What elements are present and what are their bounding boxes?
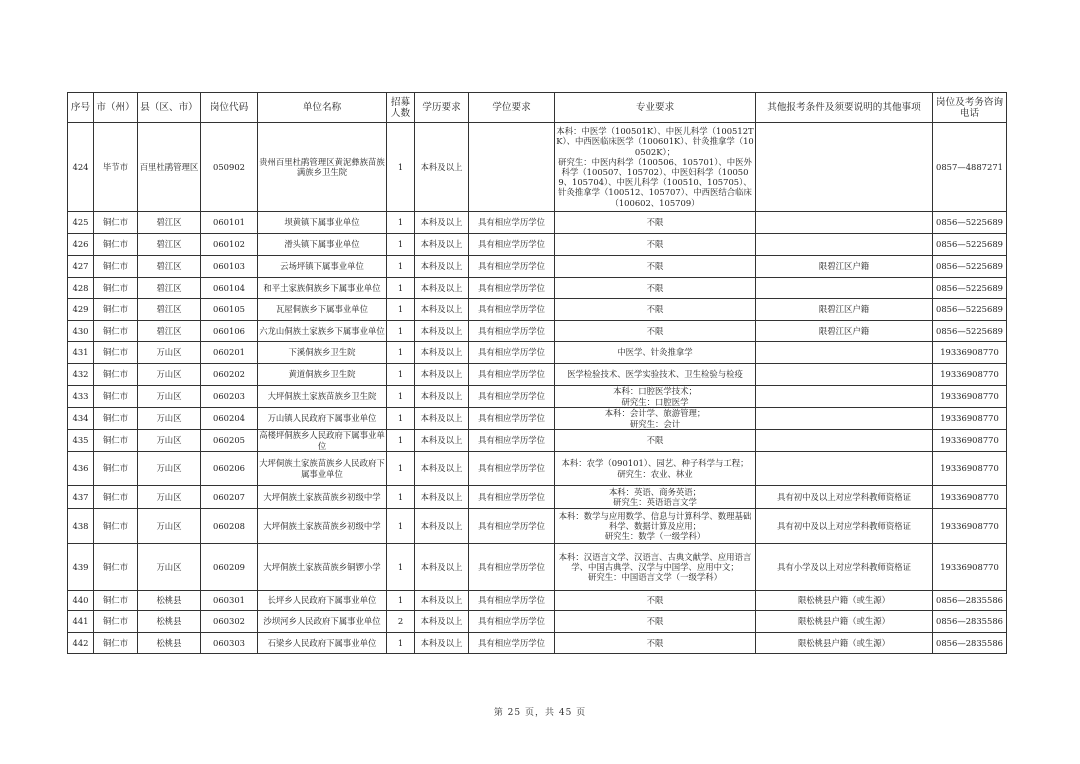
cell-other-conditions: 限松桃县户籍（或生源） [756, 591, 933, 611]
cell-education: 本科及以上 [415, 212, 469, 234]
cell-recruit-count: 1 [387, 321, 415, 342]
cell-recruit-count: 1 [387, 633, 415, 654]
cell-degree: 具有相应学历学位 [469, 452, 555, 486]
cell-county: 万山区 [138, 452, 201, 486]
table-row: 437铜仁市万山区060207大坪侗族土家族苗族乡初级中学1本科及以上具有相应学… [68, 486, 1007, 509]
cell-degree: 具有相应学历学位 [469, 342, 555, 364]
cell-degree: 具有相应学历学位 [469, 256, 555, 278]
cell-position-code: 060104 [201, 278, 258, 299]
cell-other-conditions [756, 408, 933, 430]
cell-major: 医学检验技术、医学实验技术、卫生检验与检疫 [555, 364, 756, 386]
cell-seq: 431 [68, 342, 94, 364]
cell-other-conditions: 限碧江区户籍 [756, 256, 933, 278]
cell-other-conditions [756, 386, 933, 408]
cell-unit-name: 长坪乡人民政府下属事业单位 [258, 591, 387, 611]
cell-county: 碧江区 [138, 299, 201, 321]
cell-seq: 430 [68, 321, 94, 342]
cell-county: 碧江区 [138, 321, 201, 342]
header-unit-name: 单位名称 [258, 93, 387, 123]
cell-seq: 433 [68, 386, 94, 408]
header-seq: 序号 [68, 93, 94, 123]
cell-county: 松桃县 [138, 591, 201, 611]
cell-recruit-count: 1 [387, 364, 415, 386]
cell-education: 本科及以上 [415, 486, 469, 509]
cell-position-code: 060208 [201, 509, 258, 544]
table-row: 442铜仁市松桃县060303石梁乡人民政府下属事业单位1本科及以上具有相应学历… [68, 633, 1007, 654]
cell-recruit-count: 1 [387, 544, 415, 591]
cell-unit-name: 大坪侗族土家族苗族乡卫生院 [258, 386, 387, 408]
cell-other-conditions: 限碧江区户籍 [756, 321, 933, 342]
cell-city: 铜仁市 [94, 386, 138, 408]
cell-phone: 0856—2835586 [933, 611, 1007, 633]
table-row: 426铜仁市碧江区060102滑头镇下属事业单位1本科及以上具有相应学历学位不限… [68, 234, 1007, 256]
cell-education: 本科及以上 [415, 386, 469, 408]
table-row: 438铜仁市万山区060208大坪侗族土家族苗族乡初级中学1本科及以上具有相应学… [68, 509, 1007, 544]
cell-county: 碧江区 [138, 212, 201, 234]
table-row: 434铜仁市万山区060204万山镇人民政府下属事业单位1本科及以上具有相应学历… [68, 408, 1007, 430]
cell-other-conditions [756, 452, 933, 486]
cell-city: 铜仁市 [94, 212, 138, 234]
cell-county: 万山区 [138, 342, 201, 364]
cell-county: 万山区 [138, 486, 201, 509]
cell-seq: 424 [68, 123, 94, 212]
cell-unit-name: 云场坪镇下属事业单位 [258, 256, 387, 278]
table-row: 429铜仁市碧江区060105瓦屋侗族乡下属事业单位1本科及以上具有相应学历学位… [68, 299, 1007, 321]
table-header-row: 序号 市（州） 县（区、市） 岗位代码 单位名称 招募人数 学历要求 学位要求 … [68, 93, 1007, 123]
cell-other-conditions: 限松桃县户籍（或生源） [756, 633, 933, 654]
cell-city: 铜仁市 [94, 486, 138, 509]
table-row: 435铜仁市万山区060205高楼坪侗族乡人民政府下属事业单位1本科及以上具有相… [68, 430, 1007, 452]
cell-unit-name: 下溪侗族乡卫生院 [258, 342, 387, 364]
cell-education: 本科及以上 [415, 452, 469, 486]
cell-phone: 0856—5225689 [933, 234, 1007, 256]
cell-education: 本科及以上 [415, 342, 469, 364]
cell-seq: 440 [68, 591, 94, 611]
header-phone: 岗位及考务咨询电话 [933, 93, 1007, 123]
cell-major: 不限 [555, 633, 756, 654]
cell-recruit-count: 1 [387, 509, 415, 544]
cell-recruit-count: 1 [387, 234, 415, 256]
cell-phone: 19336908770 [933, 452, 1007, 486]
cell-recruit-count: 1 [387, 591, 415, 611]
cell-city: 铜仁市 [94, 256, 138, 278]
cell-city: 铜仁市 [94, 633, 138, 654]
cell-recruit-count: 1 [387, 212, 415, 234]
cell-major: 不限 [555, 430, 756, 452]
cell-city: 铜仁市 [94, 408, 138, 430]
cell-recruit-count: 1 [387, 256, 415, 278]
cell-county: 万山区 [138, 408, 201, 430]
cell-county: 万山区 [138, 386, 201, 408]
cell-other-conditions [756, 123, 933, 212]
cell-city: 铜仁市 [94, 278, 138, 299]
cell-city: 铜仁市 [94, 611, 138, 633]
cell-major: 本科：中医学（100501K）、中医儿科学（100512TK）、中西医临床医学（… [555, 123, 756, 212]
cell-degree: 具有相应学历学位 [469, 633, 555, 654]
cell-city: 铜仁市 [94, 299, 138, 321]
cell-phone: 0856—2835586 [933, 591, 1007, 611]
cell-degree: 具有相应学历学位 [469, 321, 555, 342]
cell-degree: 具有相应学历学位 [469, 544, 555, 591]
cell-other-conditions [756, 278, 933, 299]
cell-seq: 441 [68, 611, 94, 633]
cell-unit-name: 石梁乡人民政府下属事业单位 [258, 633, 387, 654]
cell-unit-name: 六龙山侗族土家族乡下属事业单位 [258, 321, 387, 342]
cell-recruit-count: 2 [387, 611, 415, 633]
cell-degree: 具有相应学历学位 [469, 234, 555, 256]
cell-degree: 具有相应学历学位 [469, 364, 555, 386]
cell-unit-name: 大坪侗族土家族苗族乡初级中学 [258, 509, 387, 544]
cell-position-code: 060207 [201, 486, 258, 509]
cell-education: 本科及以上 [415, 234, 469, 256]
cell-unit-name: 大坪侗族土家族苗族乡人民政府下属事业单位 [258, 452, 387, 486]
cell-city: 铜仁市 [94, 342, 138, 364]
cell-unit-name: 大坪侗族土家族苗族乡铜锣小学 [258, 544, 387, 591]
cell-city: 铜仁市 [94, 234, 138, 256]
cell-education: 本科及以上 [415, 278, 469, 299]
cell-phone: 19336908770 [933, 509, 1007, 544]
header-county: 县（区、市） [138, 93, 201, 123]
table-row: 436铜仁市万山区060206大坪侗族土家族苗族乡人民政府下属事业单位1本科及以… [68, 452, 1007, 486]
cell-education: 本科及以上 [415, 256, 469, 278]
cell-unit-name: 高楼坪侗族乡人民政府下属事业单位 [258, 430, 387, 452]
cell-city: 毕节市 [94, 123, 138, 212]
cell-education: 本科及以上 [415, 364, 469, 386]
cell-county: 碧江区 [138, 256, 201, 278]
cell-recruit-count: 1 [387, 342, 415, 364]
cell-education: 本科及以上 [415, 321, 469, 342]
cell-position-code: 060302 [201, 611, 258, 633]
table-row: 439铜仁市万山区060209大坪侗族土家族苗族乡铜锣小学1本科及以上具有相应学… [68, 544, 1007, 591]
cell-phone: 19336908770 [933, 430, 1007, 452]
cell-education: 本科及以上 [415, 299, 469, 321]
cell-city: 铜仁市 [94, 544, 138, 591]
table-row: 425铜仁市碧江区060101坝黄镇下属事业单位1本科及以上具有相应学历学位不限… [68, 212, 1007, 234]
table-row: 424毕节市百里杜鹃管理区050902贵州百里杜鹃管理区黄泥彝族苗族满族乡卫生院… [68, 123, 1007, 212]
cell-position-code: 060102 [201, 234, 258, 256]
cell-degree [469, 123, 555, 212]
cell-education: 本科及以上 [415, 509, 469, 544]
cell-position-code: 060204 [201, 408, 258, 430]
cell-education: 本科及以上 [415, 633, 469, 654]
cell-county: 万山区 [138, 364, 201, 386]
header-education: 学历要求 [415, 93, 469, 123]
cell-recruit-count: 1 [387, 430, 415, 452]
cell-position-code: 060206 [201, 452, 258, 486]
cell-phone: 0856—5225689 [933, 321, 1007, 342]
cell-other-conditions [756, 212, 933, 234]
cell-county: 万山区 [138, 509, 201, 544]
cell-unit-name: 沙坝河乡人民政府下属事业单位 [258, 611, 387, 633]
cell-phone: 19336908770 [933, 342, 1007, 364]
cell-other-conditions: 限碧江区户籍 [756, 299, 933, 321]
table-row: 431铜仁市万山区060201下溪侗族乡卫生院1本科及以上具有相应学历学位中医学… [68, 342, 1007, 364]
header-position-code: 岗位代码 [201, 93, 258, 123]
cell-recruit-count: 1 [387, 278, 415, 299]
cell-major: 不限 [555, 321, 756, 342]
cell-city: 铜仁市 [94, 452, 138, 486]
cell-major: 不限 [555, 611, 756, 633]
cell-seq: 429 [68, 299, 94, 321]
cell-unit-name: 滑头镇下属事业单位 [258, 234, 387, 256]
cell-other-conditions [756, 430, 933, 452]
cell-position-code: 060301 [201, 591, 258, 611]
cell-position-code: 060201 [201, 342, 258, 364]
cell-unit-name: 坝黄镇下属事业单位 [258, 212, 387, 234]
cell-major: 不限 [555, 234, 756, 256]
cell-position-code: 060101 [201, 212, 258, 234]
cell-major: 不限 [555, 212, 756, 234]
cell-education: 本科及以上 [415, 408, 469, 430]
cell-unit-name: 万山镇人民政府下属事业单位 [258, 408, 387, 430]
cell-degree: 具有相应学历学位 [469, 299, 555, 321]
cell-position-code: 060303 [201, 633, 258, 654]
cell-recruit-count: 1 [387, 123, 415, 212]
cell-recruit-count: 1 [387, 386, 415, 408]
header-degree: 学位要求 [469, 93, 555, 123]
cell-phone: 0856—5225689 [933, 256, 1007, 278]
cell-major: 不限 [555, 591, 756, 611]
cell-other-conditions: 具有初中及以上对应学科教师资格证 [756, 509, 933, 544]
cell-major: 中医学、针灸推拿学 [555, 342, 756, 364]
cell-county: 百里杜鹃管理区 [138, 123, 201, 212]
header-city: 市（州） [94, 93, 138, 123]
cell-major: 不限 [555, 299, 756, 321]
cell-major: 本科：英语、商务英语； 研究生：英语语言文学 [555, 486, 756, 509]
cell-unit-name: 贵州百里杜鹃管理区黄泥彝族苗族满族乡卫生院 [258, 123, 387, 212]
table-row: 440铜仁市松桃县060301长坪乡人民政府下属事业单位1本科及以上具有相应学历… [68, 591, 1007, 611]
cell-phone: 19336908770 [933, 486, 1007, 509]
cell-phone: 0856—5225689 [933, 278, 1007, 299]
cell-phone: 0857—4887271 [933, 123, 1007, 212]
cell-phone: 0856—5225689 [933, 212, 1007, 234]
cell-recruit-count: 1 [387, 408, 415, 430]
table-row: 427铜仁市碧江区060103云场坪镇下属事业单位1本科及以上具有相应学历学位不… [68, 256, 1007, 278]
cell-degree: 具有相应学历学位 [469, 430, 555, 452]
cell-county: 碧江区 [138, 234, 201, 256]
cell-other-conditions [756, 342, 933, 364]
cell-phone: 19336908770 [933, 408, 1007, 430]
cell-recruit-count: 1 [387, 299, 415, 321]
cell-phone: 19336908770 [933, 364, 1007, 386]
cell-seq: 432 [68, 364, 94, 386]
cell-phone: 19336908770 [933, 386, 1007, 408]
cell-position-code: 060205 [201, 430, 258, 452]
cell-county: 万山区 [138, 430, 201, 452]
cell-degree: 具有相应学历学位 [469, 591, 555, 611]
cell-degree: 具有相应学历学位 [469, 486, 555, 509]
cell-position-code: 060203 [201, 386, 258, 408]
cell-other-conditions [756, 364, 933, 386]
cell-recruit-count: 1 [387, 486, 415, 509]
cell-position-code: 060106 [201, 321, 258, 342]
cell-major: 不限 [555, 278, 756, 299]
cell-phone: 0856—5225689 [933, 299, 1007, 321]
cell-seq: 437 [68, 486, 94, 509]
cell-education: 本科及以上 [415, 430, 469, 452]
cell-city: 铜仁市 [94, 321, 138, 342]
header-major: 专业要求 [555, 93, 756, 123]
cell-other-conditions: 限松桃县户籍（或生源） [756, 611, 933, 633]
cell-unit-name: 和平土家族侗族乡下属事业单位 [258, 278, 387, 299]
cell-major: 本科：农学（090101）、园艺、种子科学与工程； 研究生：农业、林业 [555, 452, 756, 486]
page-number: 第 25 页，共 45 页 [0, 705, 1080, 718]
cell-other-conditions: 具有初中及以上对应学科教师资格证 [756, 486, 933, 509]
cell-position-code: 050902 [201, 123, 258, 212]
cell-education: 本科及以上 [415, 544, 469, 591]
cell-seq: 427 [68, 256, 94, 278]
table-row: 441铜仁市松桃县060302沙坝河乡人民政府下属事业单位2本科及以上具有相应学… [68, 611, 1007, 633]
cell-position-code: 060209 [201, 544, 258, 591]
cell-city: 铜仁市 [94, 364, 138, 386]
cell-seq: 439 [68, 544, 94, 591]
cell-city: 铜仁市 [94, 591, 138, 611]
cell-recruit-count: 1 [387, 452, 415, 486]
cell-unit-name: 黄道侗族乡卫生院 [258, 364, 387, 386]
cell-seq: 426 [68, 234, 94, 256]
cell-position-code: 060103 [201, 256, 258, 278]
cell-major: 本科：会计学、旅游管理； 研究生：会计 [555, 408, 756, 430]
cell-county: 松桃县 [138, 611, 201, 633]
cell-seq: 438 [68, 509, 94, 544]
cell-county: 松桃县 [138, 633, 201, 654]
cell-degree: 具有相应学历学位 [469, 408, 555, 430]
cell-education: 本科及以上 [415, 123, 469, 212]
cell-seq: 425 [68, 212, 94, 234]
cell-degree: 具有相应学历学位 [469, 611, 555, 633]
table-row: 432铜仁市万山区060202黄道侗族乡卫生院1本科及以上具有相应学历学位医学检… [68, 364, 1007, 386]
cell-city: 铜仁市 [94, 509, 138, 544]
cell-degree: 具有相应学历学位 [469, 278, 555, 299]
cell-education: 本科及以上 [415, 611, 469, 633]
cell-county: 碧江区 [138, 278, 201, 299]
cell-major: 本科：口腔医学技术； 研究生：口腔医学 [555, 386, 756, 408]
table-row: 430铜仁市碧江区060106六龙山侗族土家族乡下属事业单位1本科及以上具有相应… [68, 321, 1007, 342]
cell-other-conditions [756, 234, 933, 256]
cell-city: 铜仁市 [94, 430, 138, 452]
cell-other-conditions: 具有小学及以上对应学科教师资格证 [756, 544, 933, 591]
cell-position-code: 060202 [201, 364, 258, 386]
cell-degree: 具有相应学历学位 [469, 212, 555, 234]
cell-seq: 434 [68, 408, 94, 430]
recruitment-table: 序号 市（州） 县（区、市） 岗位代码 单位名称 招募人数 学历要求 学位要求 … [67, 92, 1007, 654]
table-row: 428铜仁市碧江区060104和平土家族侗族乡下属事业单位1本科及以上具有相应学… [68, 278, 1007, 299]
header-recruit-count: 招募人数 [387, 93, 415, 123]
cell-education: 本科及以上 [415, 591, 469, 611]
cell-seq: 442 [68, 633, 94, 654]
cell-major: 不限 [555, 256, 756, 278]
cell-degree: 具有相应学历学位 [469, 509, 555, 544]
cell-major: 本科：汉语言文学、汉语言、古典文献学、应用语言学、中国古典学、汉学与中国学、应用… [555, 544, 756, 591]
cell-seq: 428 [68, 278, 94, 299]
cell-unit-name: 瓦屋侗族乡下属事业单位 [258, 299, 387, 321]
cell-seq: 435 [68, 430, 94, 452]
cell-position-code: 060105 [201, 299, 258, 321]
table-row: 433铜仁市万山区060203大坪侗族土家族苗族乡卫生院1本科及以上具有相应学历… [68, 386, 1007, 408]
cell-seq: 436 [68, 452, 94, 486]
cell-county: 万山区 [138, 544, 201, 591]
cell-phone: 19336908770 [933, 544, 1007, 591]
cell-major: 本科：数学与应用数学、信息与计算科学、数理基础科学、数据计算及应用； 研究生：数… [555, 509, 756, 544]
cell-unit-name: 大坪侗族土家族苗族乡初级中学 [258, 486, 387, 509]
cell-phone: 0856—2835586 [933, 633, 1007, 654]
header-other-conditions: 其他报考条件及须要说明的其他事项 [756, 93, 933, 123]
cell-degree: 具有相应学历学位 [469, 386, 555, 408]
